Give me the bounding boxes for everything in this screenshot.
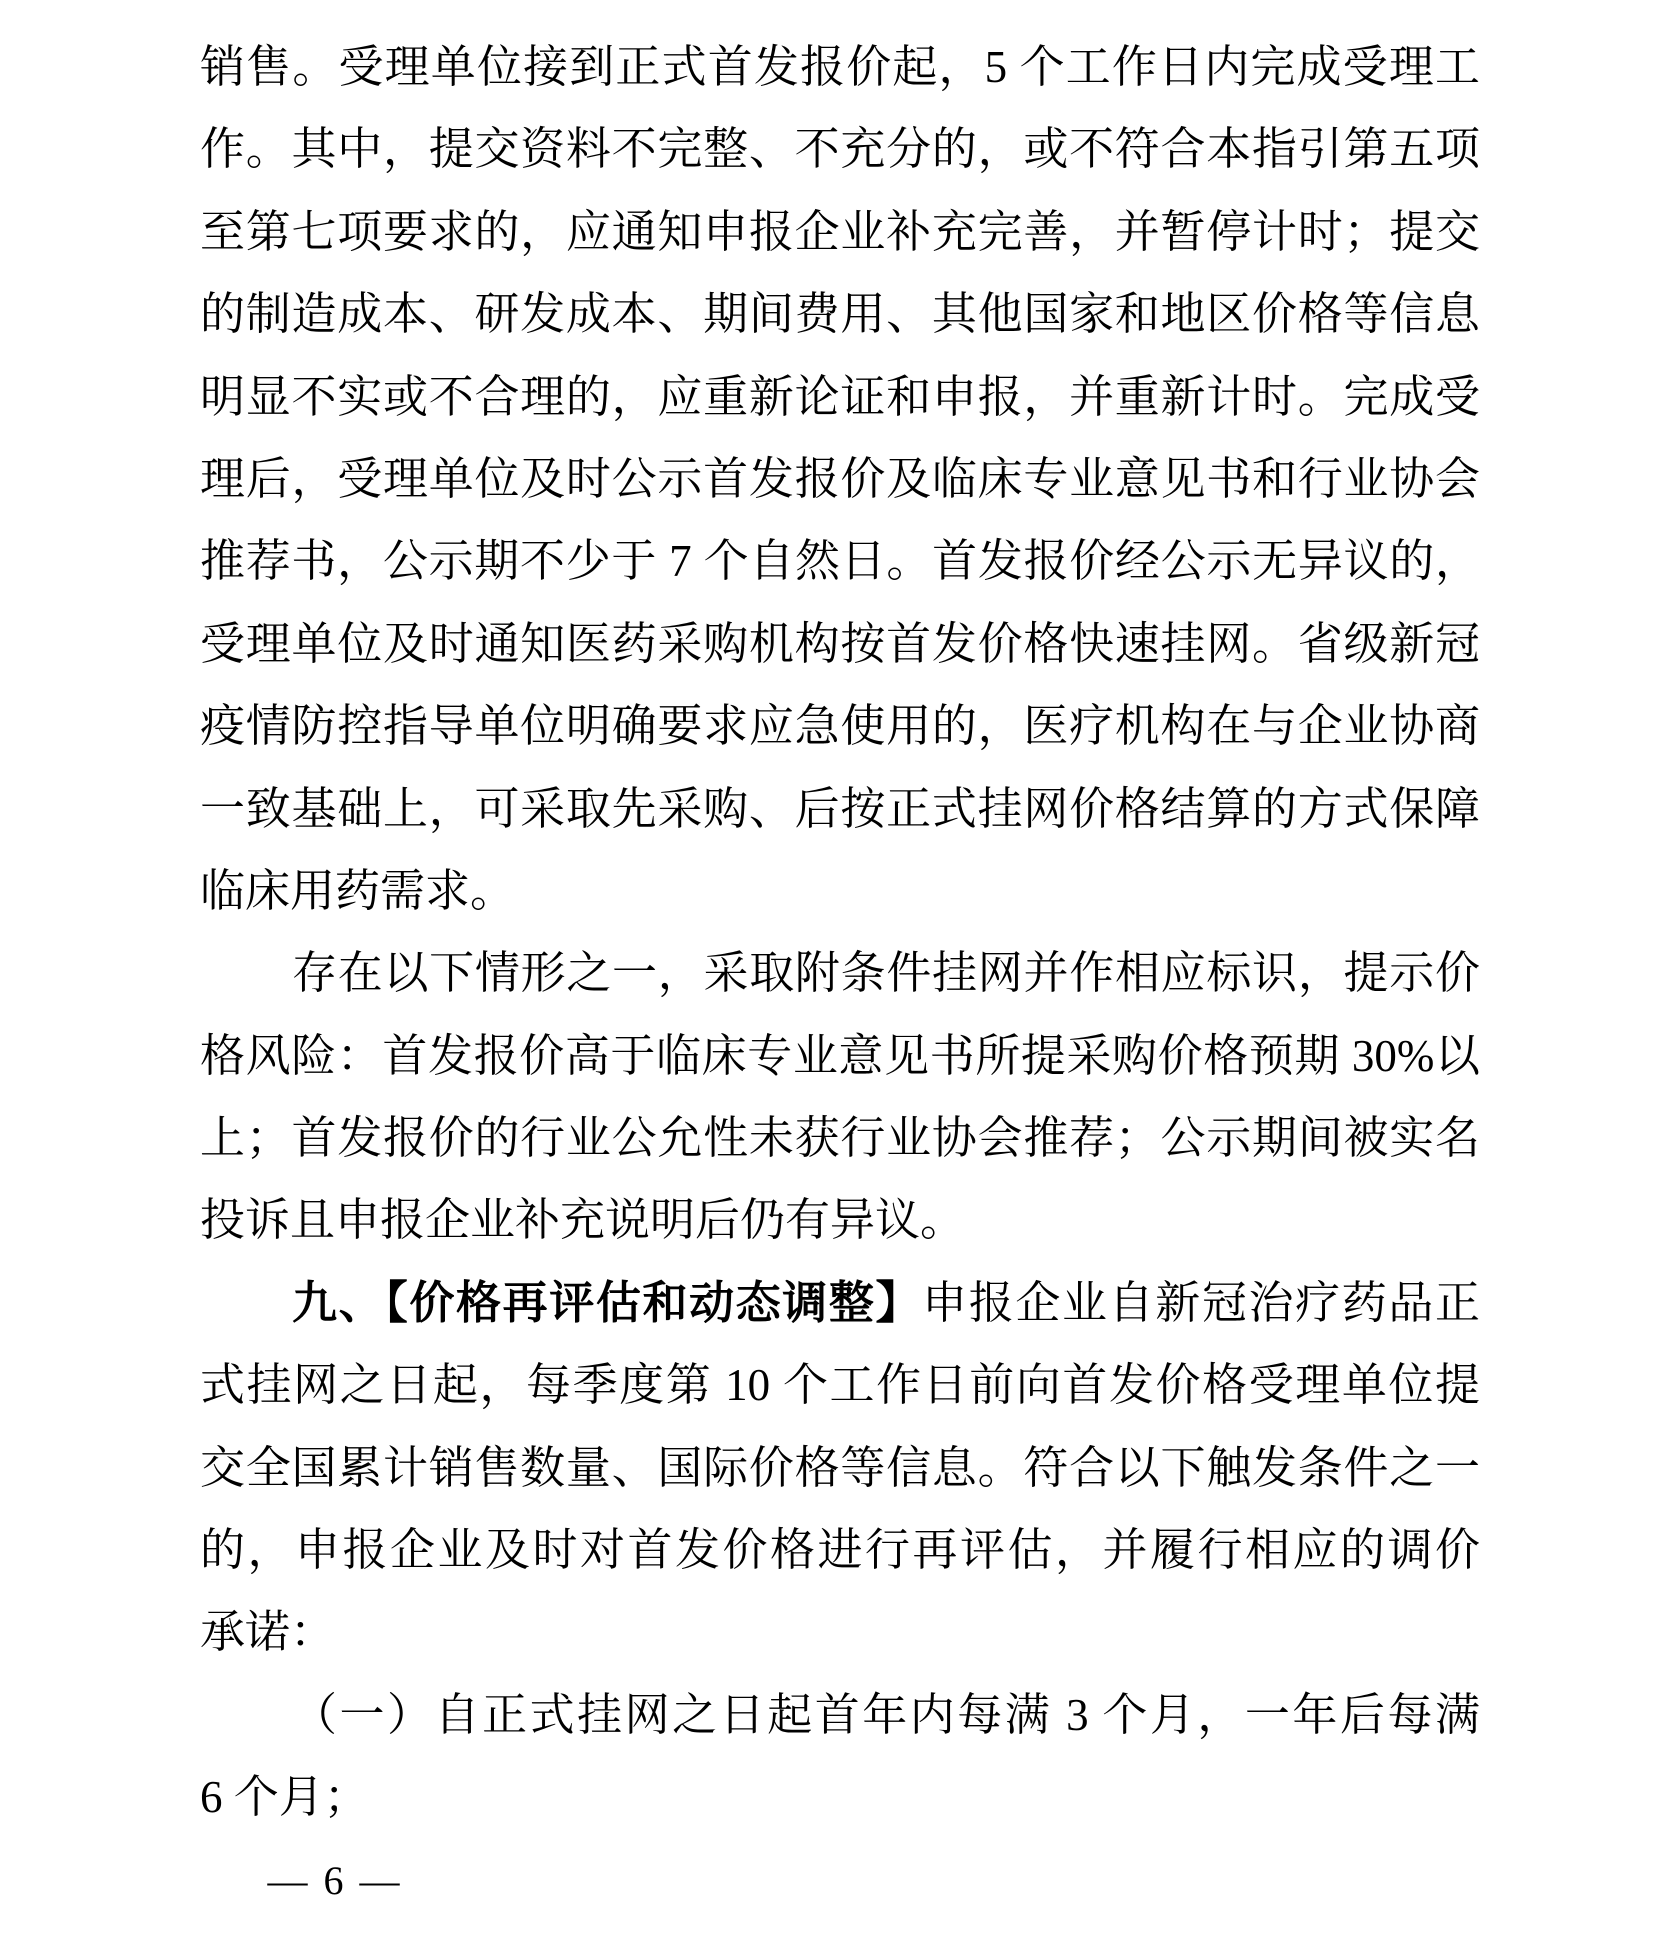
text-segment: 理后，受理单位及时公示首发报价及临床专业意见书和行业协会 bbox=[200, 454, 1480, 504]
text-line: 6 个月； bbox=[200, 1756, 1480, 1838]
text-line: 疫情防控指导单位明确要求应急使用的，医疗机构在与企业协商 bbox=[200, 685, 1480, 767]
text-line: 临床用药需求。 bbox=[200, 850, 1480, 932]
text-segment: 疫情防控指导单位明确要求应急使用的，医疗机构在与企业协商 bbox=[200, 701, 1480, 751]
text-line: 上；首发报价的行业公允性未获行业协会推荐；公示期间被实名 bbox=[200, 1097, 1480, 1179]
page-number: — 6 — bbox=[268, 1858, 403, 1903]
text-segment: 交全国累计销售数量、国际价格等信息。符合以下触发条件之一 bbox=[200, 1443, 1480, 1493]
text-block: 销售。受理单位接到正式首发报价起，5 个工作日内完成受理工作。其中，提交资料不完… bbox=[200, 26, 1480, 1839]
text-segment: 的，申报企业及时对首发价格进行再评估，并履行相应的调价 bbox=[200, 1525, 1480, 1575]
text-segment: 受理单位及时通知医药采购机构按首发价格快速挂网。省级新冠 bbox=[200, 619, 1480, 669]
text-segment: 式挂网之日起，每季度第 10 个工作日前向首发价格受理单位提 bbox=[200, 1360, 1480, 1410]
text-line: 的，申报企业及时对首发价格进行再评估，并履行相应的调价 bbox=[200, 1509, 1480, 1591]
text-segment: 的制造成本、研发成本、期间费用、其他国家和地区价格等信息 bbox=[200, 289, 1480, 339]
text-line: 投诉且申报企业补充说明后仍有异议。 bbox=[200, 1179, 1480, 1261]
text-line: 一致基础上，可采取先采购、后按正式挂网价格结算的方式保障 bbox=[200, 768, 1480, 850]
text-segment: 6 个月； bbox=[200, 1772, 369, 1822]
text-line: 的制造成本、研发成本、期间费用、其他国家和地区价格等信息 bbox=[200, 273, 1480, 355]
text-line: 销售。受理单位接到正式首发报价起，5 个工作日内完成受理工 bbox=[200, 26, 1480, 108]
text-segment: 存在以下情形之一，采取附条件挂网并作相应标识，提示价 bbox=[292, 948, 1480, 998]
text-segment: 上；首发报价的行业公允性未获行业协会推荐；公示期间被实名 bbox=[200, 1113, 1480, 1163]
text-segment: 格风险：首发报价高于临床专业意见书所提采购价格预期 30%以 bbox=[200, 1031, 1480, 1081]
page-footer: — 6 — bbox=[240, 1858, 430, 1904]
text-line: 至第七项要求的，应通知申报企业补充完善，并暂停计时；提交 bbox=[200, 191, 1480, 273]
text-line: 推荐书，公示期不少于 7 个自然日。首发报价经公示无异议的， bbox=[200, 520, 1480, 602]
text-segment: 承诺： bbox=[200, 1607, 335, 1657]
text-segment: 作。其中，提交资料不完整、不充分的，或不符合本指引第五项 bbox=[200, 124, 1480, 174]
text-line: 作。其中，提交资料不完整、不充分的，或不符合本指引第五项 bbox=[200, 108, 1480, 190]
text-segment: 至第七项要求的，应通知申报企业补充完善，并暂停计时；提交 bbox=[200, 207, 1480, 257]
text-line: 存在以下情形之一，采取附条件挂网并作相应标识，提示价 bbox=[200, 932, 1480, 1014]
text-segment: 一致基础上，可采取先采购、后按正式挂网价格结算的方式保障 bbox=[200, 784, 1480, 834]
text-line: 九、【价格再评估和动态调整】申报企业自新冠治疗药品正 bbox=[200, 1262, 1480, 1344]
bold-heading-segment: 九、【价格再评估和动态调整】 bbox=[292, 1277, 922, 1328]
text-segment: 临床用药需求。 bbox=[200, 866, 515, 916]
document-page: 销售。受理单位接到正式首发报价起，5 个工作日内完成受理工作。其中，提交资料不完… bbox=[0, 0, 1654, 1949]
text-line: 承诺： bbox=[200, 1591, 1480, 1673]
text-line: 明显不实或不合理的，应重新论证和申报，并重新计时。完成受 bbox=[200, 356, 1480, 438]
text-line: 交全国累计销售数量、国际价格等信息。符合以下触发条件之一 bbox=[200, 1427, 1480, 1509]
text-line: 受理单位及时通知医药采购机构按首发价格快速挂网。省级新冠 bbox=[200, 603, 1480, 685]
text-segment: 销售。受理单位接到正式首发报价起，5 个工作日内完成受理工 bbox=[200, 42, 1480, 92]
text-line: 格风险：首发报价高于临床专业意见书所提采购价格预期 30%以 bbox=[200, 1015, 1480, 1097]
text-line: （一）自正式挂网之日起首年内每满 3 个月，一年后每满 bbox=[200, 1674, 1480, 1756]
text-line: 式挂网之日起，每季度第 10 个工作日前向首发价格受理单位提 bbox=[200, 1344, 1480, 1426]
text-segment: （一）自正式挂网之日起首年内每满 3 个月，一年后每满 bbox=[292, 1690, 1480, 1740]
text-segment: 明显不实或不合理的，应重新论证和申报，并重新计时。完成受 bbox=[200, 372, 1480, 422]
text-line: 理后，受理单位及时公示首发报价及临床专业意见书和行业协会 bbox=[200, 438, 1480, 520]
text-segment: 申报企业自新冠治疗药品正 bbox=[922, 1278, 1480, 1328]
text-segment: 投诉且申报企业补充说明后仍有异议。 bbox=[200, 1195, 965, 1245]
text-segment: 推荐书，公示期不少于 7 个自然日。首发报价经公示无异议的， bbox=[200, 536, 1480, 586]
